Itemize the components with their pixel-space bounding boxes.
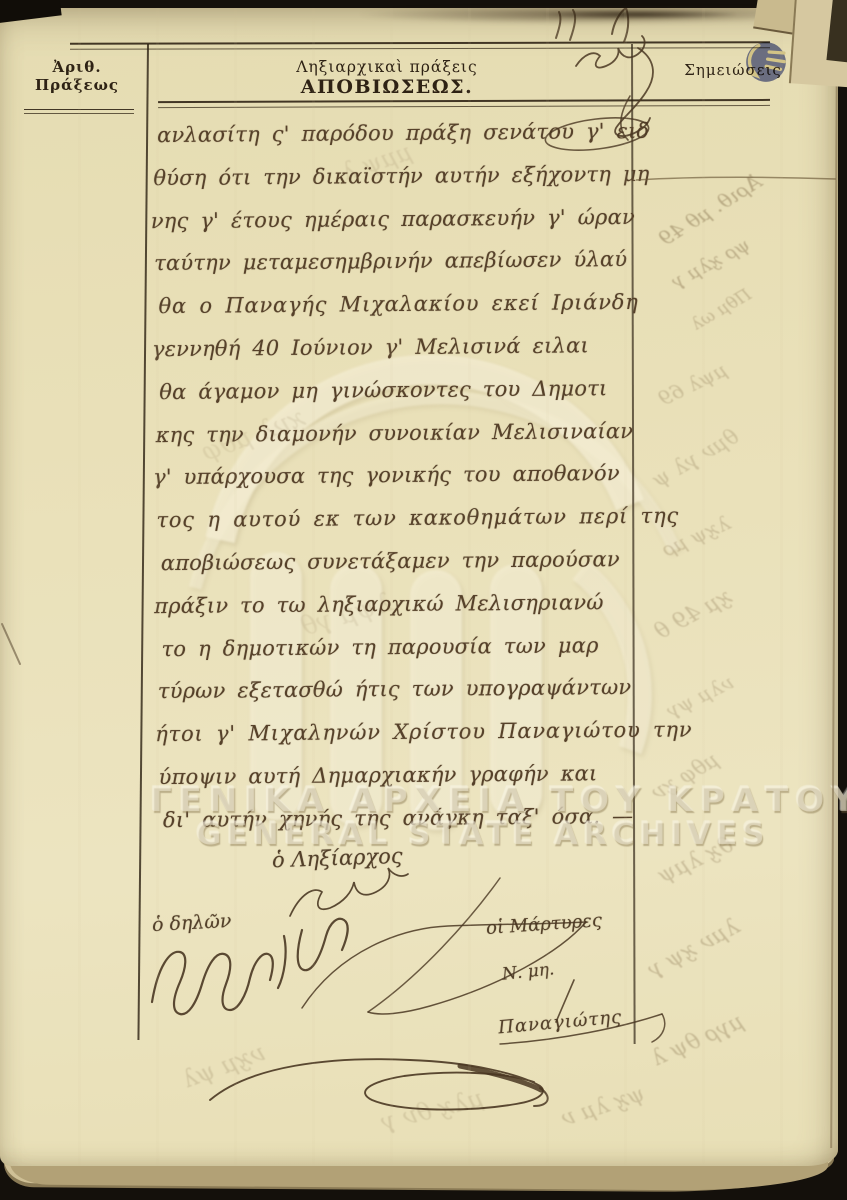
header-act-number-label: Ἀριθ. Πράξεως: [12, 58, 142, 94]
column-divider-left: [137, 44, 149, 1040]
notes-column-divider: [636, 177, 836, 180]
handwritten-line: ανλασίτη ς' παρόδου πράξη σενάτου γ' ειδ: [157, 110, 639, 157]
ink-bleedthrough-text: μλϗ θν γ: [378, 1084, 486, 1136]
handwritten-line: γ' υπάρχουσα της γονικής του αποθανόν: [153, 452, 642, 499]
handwritten-line: γεννηθή 40 Ιούνιον γ' Μελισινά ειλαι: [152, 324, 641, 371]
ink-bleedthrough-text: λμν ϗψ γ: [644, 914, 744, 983]
watermark-text-greek: ΓΕΝΙΚΑ ΑΡΧΕΙΑ ΤΟΥ ΚΡΑΤΟΥΣ: [150, 780, 847, 820]
ink-bleedthrough-text: νϗμ ψλ: [178, 1038, 269, 1094]
printed-top-rule: [70, 41, 770, 49]
printed-leftcol-rule: [24, 109, 134, 114]
header-title-regular: Ληξιαρχικαὶ πράξεις: [296, 58, 477, 76]
handwritten-line: τος η αυτού εκ των κακοθημάτων περί της: [156, 495, 642, 542]
handwritten-line: πράξιν το τω ληξιαρχικώ Μελισηριανώ: [154, 581, 643, 628]
printed-header-rule: [158, 99, 770, 108]
scanned-document: Ἀριθ. μθ 49ψρ ϗλμ γΠθμ ωλμψλ 69θμν γλ ψλ…: [0, 0, 847, 1200]
handwritten-line: κης την διαμονήν συνοικίαν Μελισιναίαν: [155, 409, 641, 456]
handwritten-line: θύση ότι την δικαϊστήν αυτήν εξήχοντη μη: [153, 153, 639, 200]
document-page: Ἀριθ. μθ 49ψρ ϗλμ γΠθμ ωλμψλ 69θμν γλ ψλ…: [0, 8, 838, 1166]
ink-bleedthrough-text: ψρ ϗλμ γ: [668, 233, 754, 293]
registrar-label: ὁ Ληξίαρχος: [272, 844, 403, 873]
handwritten-line: νης γ' έτους ημέραις παρασκευήν γ' ώραν: [151, 195, 640, 242]
witness-signature-2: Παναγιώτης: [497, 1007, 623, 1039]
header-title-caps: ΑΠΟΒΙΩΣΕΩΣ.: [301, 76, 473, 98]
handwritten-line: ήτοι γ' Μιχαληνών Χρίστου Παναγιώτου την: [155, 709, 644, 756]
handwritten-line: αποβιώσεως συνετάξαμεν την παρούσαν: [161, 538, 643, 585]
header-title-label: Ληξιαρχικαὶ πράξεις ΑΠΟΒΙΩΣΕΩΣ.: [232, 58, 542, 98]
handwritten-line: θα άγαμον μη γινώσκοντες του Δημοτι: [159, 367, 641, 414]
page-edge-line: [830, 68, 838, 1148]
handwritten-line: τύρων εξετασθώ ήτις των υπογραψάντων: [158, 666, 644, 713]
handwritten-line: θα ο Παναγής Μιχαλακίου εκεί Ιριάνδη: [158, 281, 640, 328]
handwritten-line: το η δημοτικών τη παρουσία των μαρ: [161, 623, 643, 670]
witness-signature-1: Ν. μη.: [501, 959, 555, 984]
handwritten-line: ταύτην μεταμεσημβρινήν απεβίωσεν ύλαύ: [154, 238, 640, 285]
witnesses-label: οἱ Μάρτυρες: [485, 910, 602, 939]
declarant-label: ὁ δηλῶν: [151, 910, 231, 936]
ink-bleedthrough-text: μγρ θψ λ: [647, 1009, 747, 1072]
ink-bleedthrough-text: ψϗ λμ ν: [558, 1081, 648, 1132]
handwritten-body: ανλασίτη ς' παρόδου πράξη σενάτου γ' ειδ…: [153, 110, 645, 842]
gak-archive-round-stamp-icon: [742, 38, 790, 86]
top-edge-stain-dark: [545, 10, 735, 19]
watermark-text-english: GENERAL STATE ARCHIVES: [196, 816, 770, 852]
ink-bleedthrough-text: Ἀριθ. μθ 49: [654, 169, 765, 251]
